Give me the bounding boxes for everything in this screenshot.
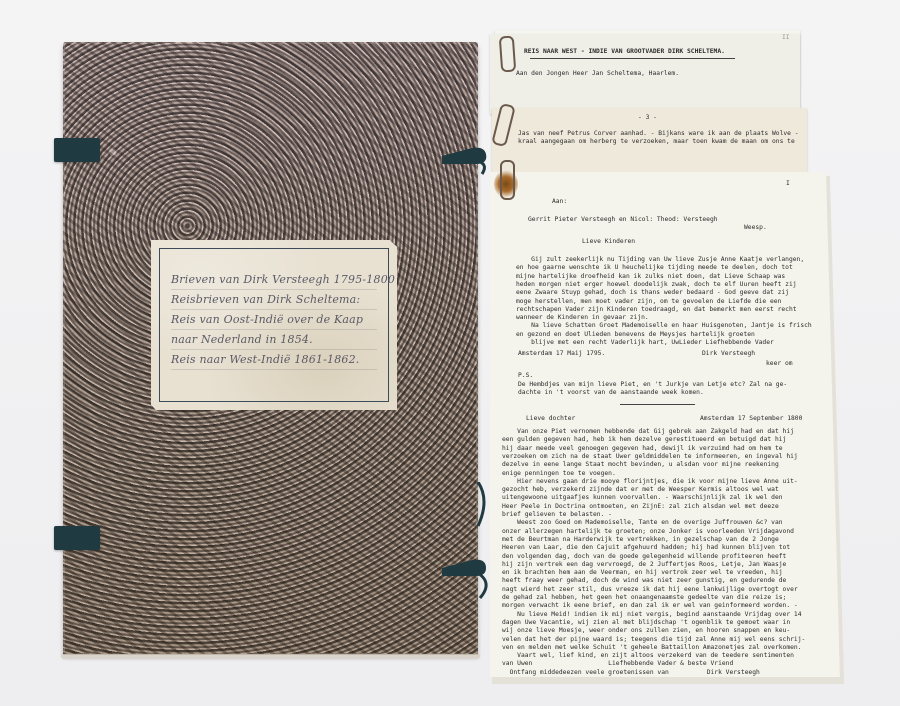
- binder-edge: [61, 654, 480, 659]
- sheet-1: REIS NAAR WEST - INDIE VAN GROOTVADER DI…: [490, 34, 800, 114]
- typed-line: verzoeken om zich na de staat Uwer geldm…: [502, 453, 798, 461]
- typed-line: van Uwen Liefhebbende Vader & beste Vrie…: [502, 660, 733, 668]
- date-2: Amsterdam 17 September 1800: [700, 415, 802, 423]
- typed-line: ven en melden met welke Schuit 't geheel…: [502, 644, 802, 652]
- ps-label: P.S.: [518, 372, 533, 380]
- label-line: Brieven van Dirk Versteegh 1795-1800: [171, 270, 377, 290]
- typed-line: en gezond en doet Ulieden benevens de Me…: [516, 331, 755, 339]
- binder-tab-bottom: [54, 526, 100, 550]
- typed-line: en ik brachten hem aan de Veerman, en hi…: [502, 569, 783, 577]
- typed-line: Van onze Piet vernomen hebbende dat Gij …: [502, 428, 794, 436]
- typed-line: nagt wierd het zeer stil, dus vreeze ik …: [502, 586, 798, 594]
- letter-sheet: I Aan: Gerrit Pieter Versteegh en Nicol:…: [490, 172, 840, 677]
- title-underline: [530, 58, 735, 59]
- signature-1: Dirk Versteegh: [702, 350, 755, 358]
- typed-line: den volgenden dag, doch van de goede gel…: [502, 553, 786, 561]
- sheet1-addressee: Aan den Jongen Heer Jan Scheltema, Haarl…: [516, 70, 679, 78]
- typed-line: gezocht heb, verzekerd zijnde dat er met…: [502, 486, 779, 494]
- typed-line: Heer Peele in Doctrina ontmoeten, en Zij…: [502, 503, 779, 511]
- place: Weesp.: [744, 224, 767, 232]
- typed-line: onzer allerzegen hartelijk te groeten; o…: [502, 528, 794, 536]
- recipients: Gerrit Pieter Versteegh en Nicol: Theod:…: [528, 216, 718, 224]
- salutation-1: Lieve Kinderen: [582, 238, 635, 246]
- sheet2-line: kraal aangegaan om herberg te verzoeken,…: [518, 138, 795, 146]
- typed-line: dagen Uwe Vacantie, wij zien al met blij…: [502, 619, 790, 627]
- ribbon-tie-bottom-icon: [442, 482, 492, 602]
- typed-line: mijne hartelijke droefheid kan ik zulks …: [516, 273, 785, 281]
- typed-line: hij zijn vertrek een dag vervroegd, de 2…: [502, 561, 786, 569]
- typed-line: Na lieve Schatten Groet Mademoiselle en …: [516, 322, 812, 330]
- typed-line: de gehad zal hebben, het geen het onaang…: [502, 594, 786, 602]
- ps-line: dachte in 't voorst van de aanstaande we…: [518, 389, 704, 397]
- paperclip-icon: [499, 36, 516, 73]
- sheet1-title: REIS NAAR WEST - INDIE VAN GROOTVADER DI…: [524, 48, 725, 56]
- typed-line: rechtschapen Vader zijn Kinderen toedraa…: [516, 306, 797, 314]
- typed-line: morgen verwacht ik eene brief, en dan za…: [502, 602, 798, 610]
- typed-line: brief gelieven te belasten. -: [502, 511, 612, 519]
- typed-line: Hier nevens gaan drie mooye florijntjes,…: [502, 478, 798, 486]
- typed-line: uitengewoone uitgaafjes kunnen voorvalle…: [502, 494, 783, 502]
- handwritten-label: Brieven van Dirk Versteegh 1795-1800 Rei…: [151, 240, 397, 410]
- sheet2-page-number: - 3 -: [638, 114, 657, 122]
- typed-line: met de Beurtman na Harderwijk te vertrek…: [502, 536, 779, 544]
- typed-line: blijve met een recht Vaderlijk hart, UwL…: [516, 339, 774, 347]
- typed-line: Vaart wel, lief kind, en zijt altoos ver…: [502, 652, 794, 660]
- typed-line: wij onze lieve Moesje, weer onder ons zu…: [502, 627, 790, 635]
- typed-line: een gulden gegeven had, heb ik hem dezel…: [502, 436, 786, 444]
- label-line: Reis naar West-Indië 1861-1862.: [171, 350, 377, 370]
- typed-line: eene Zwaare Stuyp gehad, doch is thans w…: [516, 289, 789, 297]
- sheet1-page-mark: II: [782, 34, 790, 42]
- paperclip-icon: [500, 160, 515, 200]
- typed-line: velen dat het der pijne waard is; teegen…: [502, 636, 805, 644]
- typed-line: Gij zult zeekerlijk nu Tijding van Uw li…: [516, 256, 804, 264]
- typed-line: dezelve in eene lange Staat mocht bevind…: [502, 461, 779, 469]
- page-mark: I: [786, 180, 790, 188]
- turn-over-note: keer om: [766, 360, 793, 368]
- typed-line: heden morgen niet erger hoewel doodelijk…: [516, 281, 797, 289]
- typed-line: Weest zoo Goed om Mademoiselle, Tante en…: [502, 519, 783, 527]
- typed-line: wanneer de Kinderen in gevaar zijn.: [516, 314, 649, 322]
- salutation-2: Lieve dochter: [526, 415, 575, 423]
- sheet-2: - 3 - Jas van neef Petrus Corver aanhad.…: [492, 108, 807, 183]
- typed-line: heeft fraay weer gehad, doch de wind was…: [502, 577, 786, 585]
- typed-line: Heeren van Laar, die den Cajuit afgehuur…: [502, 544, 790, 552]
- binder-tab-top: [54, 138, 100, 162]
- label-line: Reisbrieven van Dirk Scheltema:: [171, 290, 377, 310]
- typed-line: enige penningen toe te voegen.: [502, 470, 616, 478]
- marbled-binder: Brieven van Dirk Versteegh 1795-1800 Rei…: [63, 42, 478, 655]
- typed-line: en hoe gaarne wenschte ik U heuchelijke …: [516, 264, 793, 272]
- separator-line: [620, 404, 695, 405]
- ribbon-tie-top-icon: [442, 142, 492, 182]
- to-label: Aan:: [552, 198, 567, 206]
- date-1: Amsterdam 17 Maij 1795.: [518, 350, 605, 358]
- typed-line: hij daar meede veel genoegen gegeven had…: [502, 445, 783, 453]
- typed-line: Nu lieve Meid! indien ik mij niet vergis…: [502, 611, 802, 619]
- typed-line: moge herstellen, men moet vader zijn, om…: [516, 298, 781, 306]
- label-line: naar Nederland in 1854.: [171, 330, 377, 350]
- label-line: Reis van Oost-Indië over de Kaap: [171, 310, 377, 330]
- typed-line: Ontfang middedeezen veele groetenissen v…: [502, 669, 760, 677]
